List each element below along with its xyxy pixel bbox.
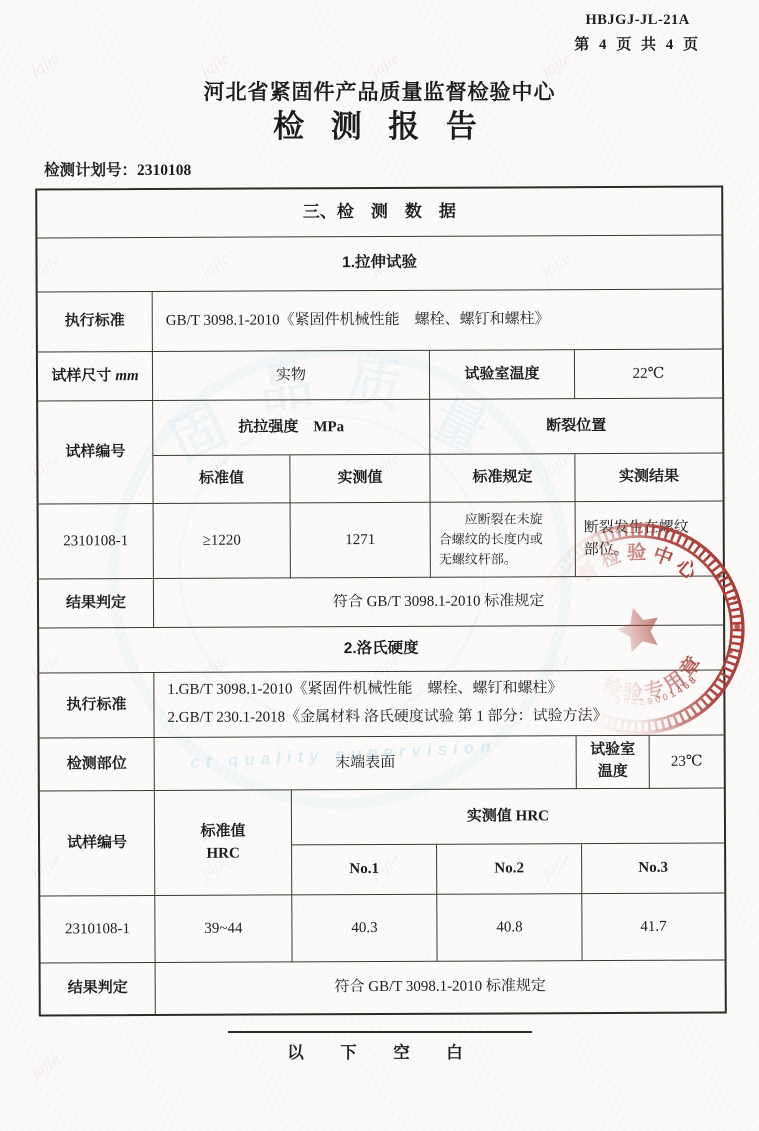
hardness-sample-no: 2310108-1 bbox=[40, 896, 155, 964]
tensile-rule-text: 应断裂在未旋合螺纹的长度内或无螺纹杆部。 bbox=[439, 509, 551, 570]
tensile-title: 1.拉伸试验 bbox=[37, 236, 721, 293]
tensile-standard-label: 执行标准 bbox=[38, 292, 153, 353]
hardness-temp-label-l1: 试验室 bbox=[590, 740, 635, 762]
report-title: 检 测 报 告 bbox=[0, 101, 759, 146]
tensile-judge-label: 结果判定 bbox=[39, 579, 154, 629]
hardness-temp-label-l2: 温度 bbox=[598, 762, 628, 784]
tensile-fracture-header: 断裂位置 bbox=[430, 399, 722, 455]
brand-watermark-text: jajie bbox=[27, 1049, 63, 1082]
hardness-value-2: 40.8 bbox=[437, 894, 582, 962]
report-page: jajiejajiejajiejajiejajiejajiejajiejajie… bbox=[0, 0, 759, 1131]
tensile-standard-value: GB/T 3098.1-2010《紧固件机械性能 螺栓、螺钉和螺柱》 bbox=[153, 290, 722, 352]
tensile-size-label: 试样尺寸mm bbox=[38, 352, 153, 402]
tensile-std-value: ≥1220 bbox=[154, 503, 291, 579]
tensile-col-measured: 实测值 bbox=[290, 455, 430, 504]
tensile-col-std: 标准值 bbox=[153, 455, 290, 504]
tensile-col-rule: 标准规定 bbox=[430, 454, 575, 503]
hardness-std-label: 标准值 HRC bbox=[155, 790, 292, 896]
section-title: 三、检 测 数 据 bbox=[37, 188, 721, 239]
hardness-sample-label: 试样编号 bbox=[40, 791, 155, 897]
tensile-size-label-cn: 试样尺寸 bbox=[51, 366, 111, 387]
header-right-block: HBJGJ-JL-21A 第 4 页 共 4 页 bbox=[574, 12, 701, 54]
hardness-judge-label: 结果判定 bbox=[41, 963, 156, 1015]
hardness-temp-label: 试验室 温度 bbox=[577, 736, 650, 789]
hardness-col-no1: No.1 bbox=[292, 845, 437, 896]
tensile-sample-no: 2310108-1 bbox=[39, 504, 154, 580]
tensile-sample-label: 试样编号 bbox=[38, 401, 153, 505]
hardness-judge-value: 符合 GB/T 3098.1-2010 标准规定 bbox=[156, 961, 725, 1014]
hardness-measured-header: 实测值 HRC bbox=[292, 789, 724, 846]
hardness-col-no2: No.2 bbox=[437, 844, 582, 895]
tensile-temp-value: 22℃ bbox=[575, 350, 722, 400]
hardness-standard-line1: 1.GB/T 3098.1-2010《紧固件机械性能 螺栓、螺钉和螺柱》 bbox=[167, 675, 607, 705]
tensile-temp-label: 试验室温度 bbox=[430, 350, 575, 400]
hardness-value-3: 41.7 bbox=[582, 894, 724, 962]
hardness-std-label-l2: HRC bbox=[206, 843, 239, 866]
plan-number-label: 检测计划号： bbox=[44, 162, 137, 179]
plan-number-value: 2310108 bbox=[137, 162, 191, 179]
hardness-title: 2.洛氏硬度 bbox=[39, 626, 723, 674]
page-number: 第 4 页 共 4 页 bbox=[574, 33, 701, 54]
tensile-strength-header: 抗拉强度 MPa bbox=[153, 400, 430, 456]
data-table: 三、检 测 数 据 1.拉伸试验 执行标准 GB/T 3098.1-2010《紧… bbox=[35, 186, 727, 1017]
hardness-std-range: 39~44 bbox=[155, 895, 292, 963]
tensile-measured-value: 1271 bbox=[291, 503, 431, 579]
hardness-std-label-l1: 标准值 bbox=[200, 820, 245, 843]
hardness-location-label: 检测部位 bbox=[40, 738, 155, 792]
hardness-col-no3: No.3 bbox=[582, 844, 724, 895]
tensile-size-value: 实物 bbox=[153, 351, 430, 401]
hardness-standard-line2: 2.GB/T 230.1-2018《金属材料 洛氏硬度试验 第 1 部分：试验方… bbox=[167, 703, 607, 733]
hardness-location-value: 末端表面 bbox=[155, 736, 577, 791]
hardness-value-1: 40.3 bbox=[292, 895, 437, 963]
form-code: HBJGJ-JL-21A bbox=[574, 12, 701, 29]
tensile-col-result: 实测结果 bbox=[575, 454, 722, 503]
tensile-judge-value: 符合 GB/T 3098.1-2010 标准规定 bbox=[154, 577, 723, 628]
tensile-size-unit: mm bbox=[115, 366, 138, 386]
hardness-temp-value: 23℃ bbox=[650, 736, 724, 789]
hardness-standard-label: 执行标准 bbox=[39, 673, 154, 739]
tensile-result-text: 断裂发生在螺纹部位。 bbox=[584, 516, 694, 561]
plan-number-line: 检测计划号：2310108 bbox=[44, 158, 191, 180]
blank-below-note: 以 下 空 白 bbox=[228, 1031, 532, 1063]
